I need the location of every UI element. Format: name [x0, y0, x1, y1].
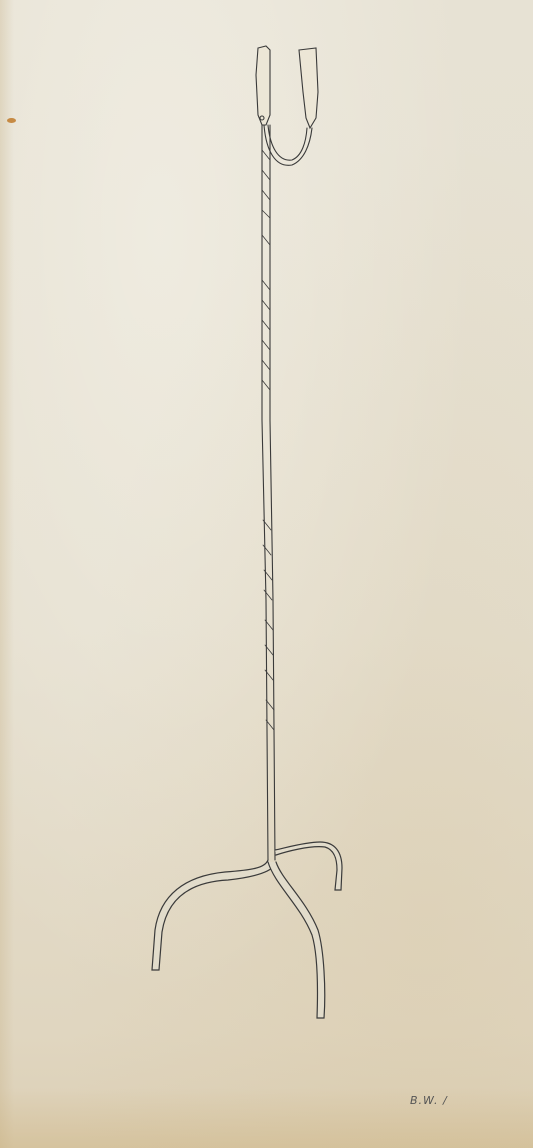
artist-signature: B.W. / — [410, 1094, 448, 1107]
rushlight-stand-drawing — [0, 0, 533, 1148]
twisted-shaft — [262, 125, 275, 860]
tripod-legs — [152, 842, 342, 1018]
clip-head — [256, 46, 318, 165]
paper-background: B.W. / — [0, 0, 533, 1148]
